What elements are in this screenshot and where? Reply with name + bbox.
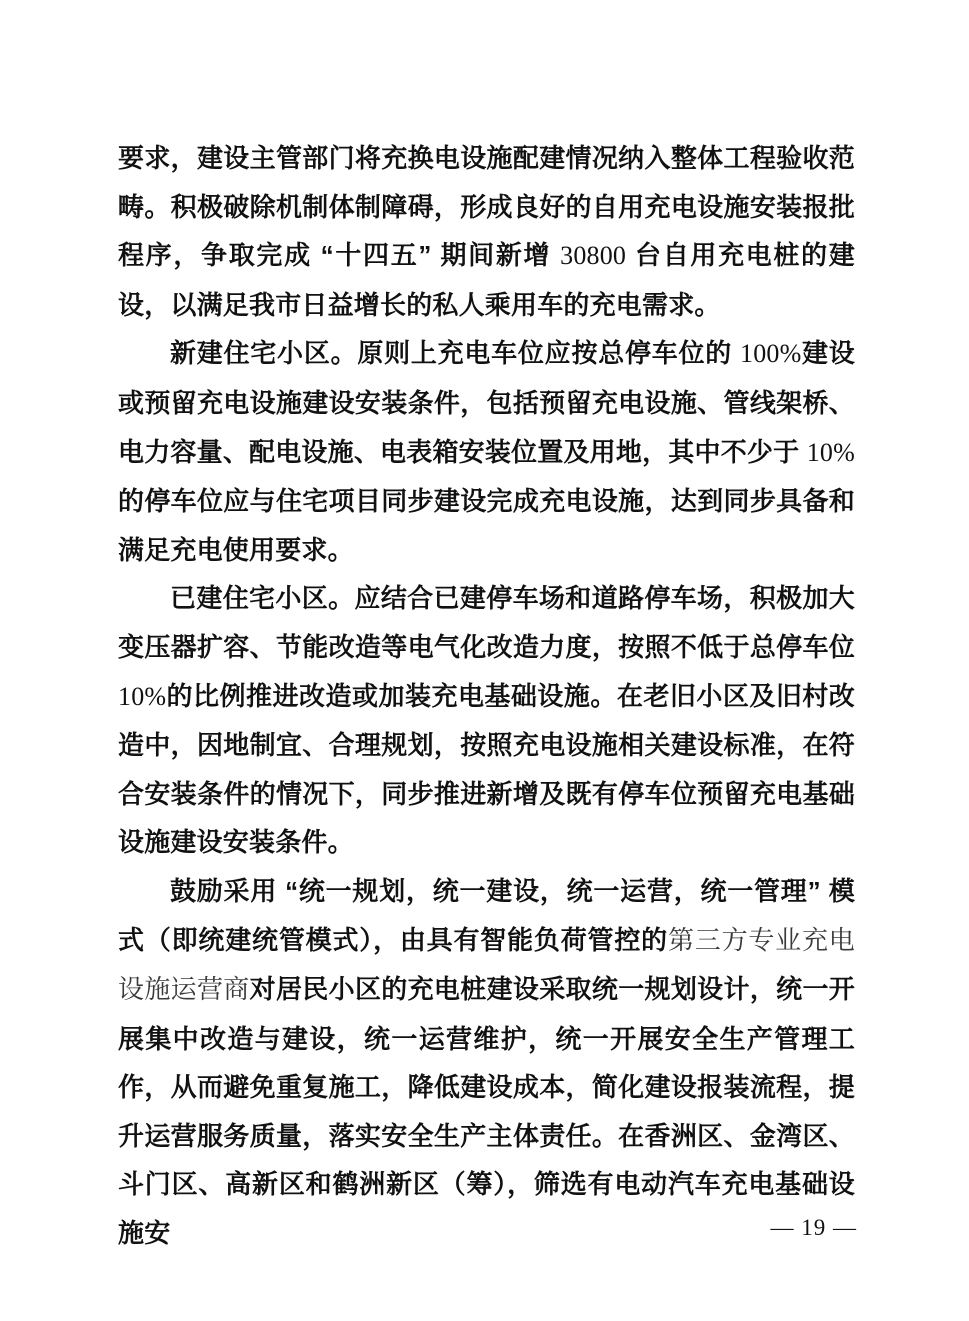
page-number: — 19 — [771, 1215, 858, 1241]
text-run-num: 10% [118, 682, 166, 711]
document-body: 要求，建设主管部门将充换电设施配建情况纳入整体工程验收范畴。积极破除机制体制障碍… [118, 134, 855, 1258]
text-run-hei: 新建住宅小区。原则上充电车位应按总停车位的 [170, 338, 740, 368]
text-run-num: 100% [740, 339, 801, 368]
text-run-hei: 已建住宅小区。应结合已建停车场和道路停车场，积极加大变压器扩容、节能改造等电气化… [118, 583, 855, 662]
paragraph: 已建住宅小区。应结合已建停车场和道路停车场，积极加大变压器扩容、节能改造等电气化… [118, 574, 855, 867]
text-run-hei: 的比例推进改造或加装充电基础设施。在老旧小区及旧村改造中，因地制宜、合理规划，按… [118, 681, 855, 858]
text-run-num: 30800 [560, 241, 626, 270]
text-run-num: 10% [807, 438, 855, 467]
paragraph: 鼓励采用 “统一规划，统一建设，统一运营，统一管理” 模式（即统建统管模式），由… [118, 867, 855, 1258]
document-page: 要求，建设主管部门将充换电设施配建情况纳入整体工程验收范畴。积极破除机制体制障碍… [0, 0, 969, 1321]
text-run-hei: 对居民小区的充电桩建设采取统一规划设计，统一开展集中改造与建设，统一运营维护，统… [118, 974, 855, 1248]
text-run-hei: 的停车位应与住宅项目同步建设完成充电设施，达到同步具备和满足充电使用要求。 [118, 486, 855, 565]
paragraph: 新建住宅小区。原则上充电车位应按总停车位的 100%建设或预留充电设施建设安装条… [118, 329, 855, 574]
paragraph: 要求，建设主管部门将充换电设施配建情况纳入整体工程验收范畴。积极破除机制体制障碍… [118, 134, 855, 329]
